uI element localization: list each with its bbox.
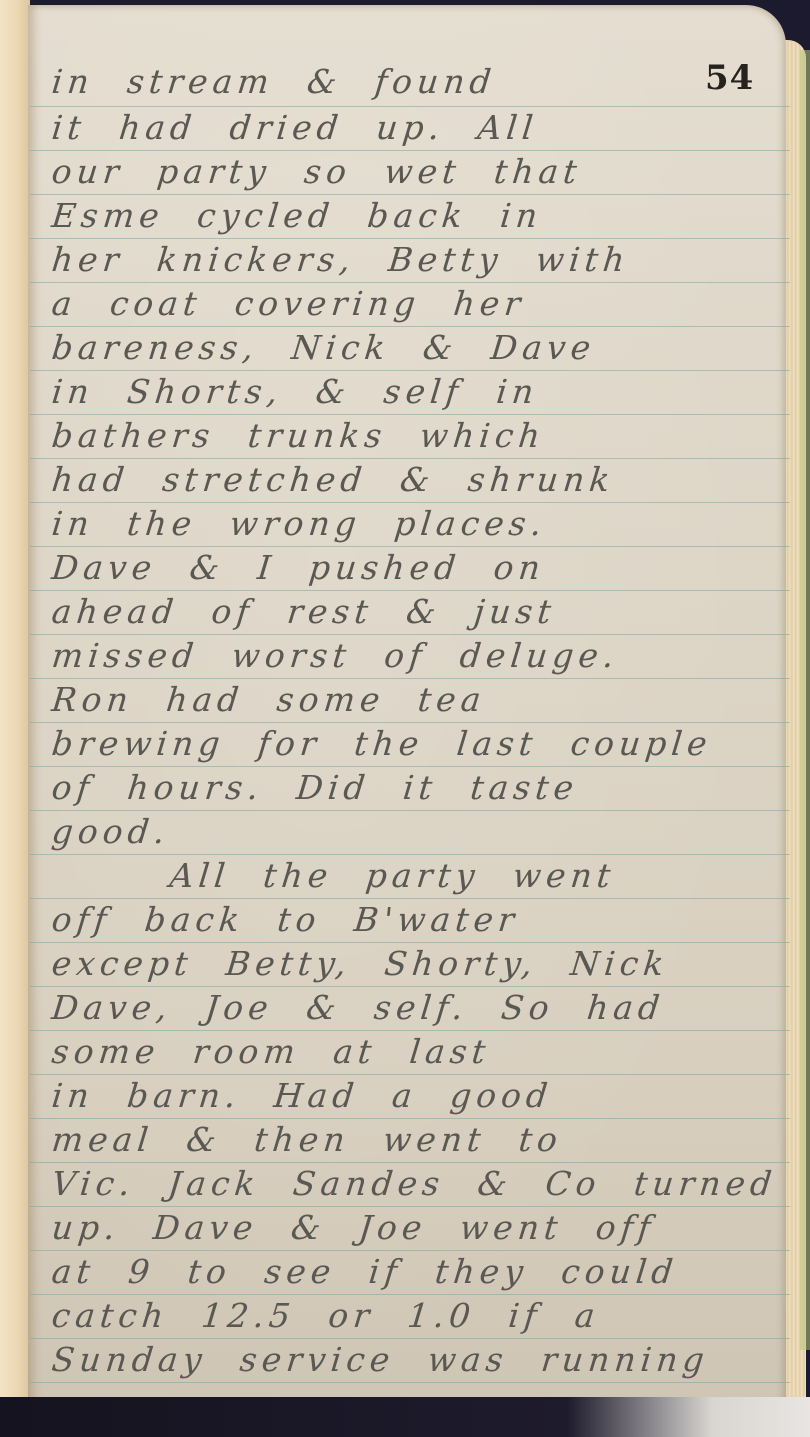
rule-line <box>30 106 790 107</box>
rule-line <box>30 766 790 767</box>
text-line: except Betty, Shorty, Nick <box>50 944 784 983</box>
rule-line <box>30 414 790 415</box>
rule-line <box>30 194 790 195</box>
rule-line <box>30 1250 790 1251</box>
rule-line <box>30 678 790 679</box>
text-line: Dave, Joe & self. So had <box>50 988 784 1027</box>
rule-line <box>30 1030 790 1031</box>
rule-line <box>30 1162 790 1163</box>
text-line: bareness, Nick & Dave <box>50 328 784 367</box>
rule-line <box>30 150 790 151</box>
text-line: off back to B'water <box>50 900 784 939</box>
text-line: catch 12.5 or 1.0 if a <box>50 1296 784 1335</box>
text-line: All the party went <box>168 856 810 895</box>
rule-line <box>30 810 790 811</box>
rule-line <box>30 238 790 239</box>
text-line: missed worst of deluge. <box>50 636 784 675</box>
text-line: had stretched & shrunk <box>50 460 784 499</box>
text-line: Sunday service was running <box>50 1340 784 1379</box>
text-line: Ron had some tea <box>50 680 784 719</box>
text-line: in Shorts, & self in <box>50 372 784 411</box>
text-line: our party so wet that <box>50 152 784 191</box>
rule-line <box>30 1382 790 1383</box>
rule-line <box>30 986 790 987</box>
cover-edge <box>800 50 810 1350</box>
rule-line <box>30 1074 790 1075</box>
rule-line <box>30 942 790 943</box>
rule-line <box>30 546 790 547</box>
text-line: at 9 to see if they could <box>50 1252 784 1291</box>
text-line: in the wrong places. <box>50 504 784 543</box>
rule-line <box>30 898 790 899</box>
text-line: some room at last <box>50 1032 784 1071</box>
rule-line <box>30 722 790 723</box>
rule-line <box>30 590 790 591</box>
rule-line <box>30 1118 790 1119</box>
text-line: brewing for the last couple <box>50 724 784 763</box>
text-line: Esme cycled back in <box>50 196 784 235</box>
background-surface <box>0 1397 810 1437</box>
rule-line <box>30 1294 790 1295</box>
text-line: in stream & found <box>50 62 784 101</box>
text-line: Vic. Jack Sandes & Co turned <box>50 1164 784 1203</box>
rule-line <box>30 854 790 855</box>
rule-line <box>30 458 790 459</box>
text-line: good. <box>50 812 784 851</box>
rule-line <box>30 326 790 327</box>
text-line: a coat covering her <box>50 284 784 323</box>
text-line: meal & then went to <box>50 1120 784 1159</box>
text-line: it had dried up. All <box>50 108 784 147</box>
text-line: her knickers, Betty with <box>50 240 784 279</box>
rule-line <box>30 282 790 283</box>
text-line: Dave & I pushed on <box>50 548 784 587</box>
rule-line <box>30 370 790 371</box>
rule-line <box>30 502 790 503</box>
rule-line <box>30 1206 790 1207</box>
rule-line <box>30 1338 790 1339</box>
text-line: up. Dave & Joe went off <box>50 1208 784 1247</box>
text-line: in barn. Had a good <box>50 1076 784 1115</box>
text-line: ahead of rest & just <box>50 592 784 631</box>
rule-line <box>30 634 790 635</box>
text-line: bathers trunks which <box>50 416 784 455</box>
previous-page-edge <box>0 0 30 1437</box>
text-line: of hours. Did it taste <box>50 768 784 807</box>
